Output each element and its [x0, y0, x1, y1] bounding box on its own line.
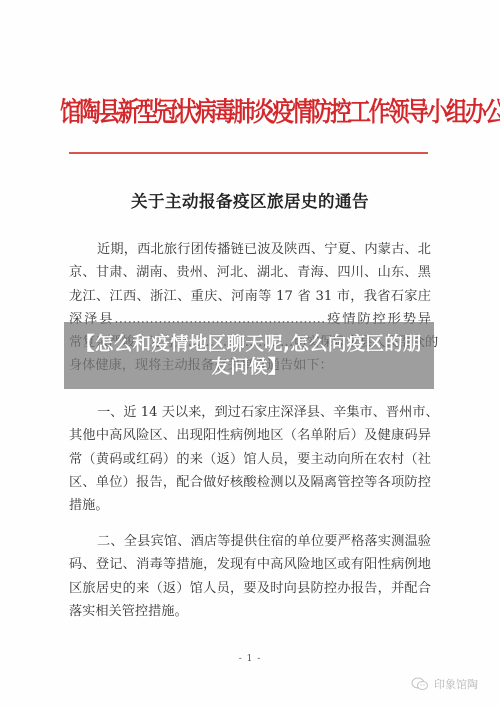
page-number: - 1 -: [230, 654, 270, 664]
red-header-rule: [69, 152, 428, 154]
issuing-office-header: 馆陶县新型冠状病毒肺炎疫情防控工作领导小组办公室: [60, 92, 440, 135]
text-line: 龙江、江西、浙江、重庆、河南等 17 省 31 市，我省石家庄: [69, 285, 431, 308]
notice-title: 关于主动报备疫区旅居史的通告: [40, 188, 460, 212]
document-page: 馆陶县新型冠状病毒肺炎疫情防控工作领导小组办公室 关于主动报备疫区旅居史的通告 …: [0, 0, 500, 707]
paragraph-item-one: 一、近 14 天以来，到过石家庄深泽县、辛集市、晋州市、 其他中高风险区、出现阳…: [69, 401, 431, 517]
wechat-icon: [411, 677, 429, 691]
text-line: 措施。: [69, 494, 431, 517]
text-line: 落实相关管控措施。: [69, 600, 431, 623]
watermark: 印象馆陶: [411, 676, 478, 692]
banner-title: 【怎么和疫情地区聊天呢,怎么向疫区的朋友问候】: [74, 333, 424, 379]
caption-banner: 【怎么和疫情地区聊天呢,怎么向疫区的朋友问候】: [64, 322, 434, 389]
text-line: 区、单位）报告，配合做好核酸检测以及隔离管控等各项防控: [69, 471, 431, 494]
text-line: 码、登记、消毒等措施，发现有中高风险地区或有阳性病例地: [69, 553, 431, 576]
paragraph-item-two: 二、全县宾馆、酒店等提供住宿的单位要严格落实测温验 码、登记、消毒等措施，发现有…: [69, 530, 431, 623]
text-line: 近期，西北旅行团传播链已波及陕西、宁夏、内蒙古、北: [69, 238, 431, 261]
text-line: 京、甘肃、湖南、贵州、河北、湖北、青海、四川、山东、黑: [69, 261, 431, 284]
text-line: 其他中高风险区、出现阳性病例地区（名单附后）及健康码异: [69, 424, 431, 447]
watermark-label: 印象馆陶: [434, 676, 478, 692]
text-line: 区旅居史的来（返）馆人员，要及时向县防控办报告，并配合: [69, 577, 431, 600]
text-line: 二、全县宾馆、酒店等提供住宿的单位要严格落实测温验: [69, 530, 431, 553]
text-line: 一、近 14 天以来，到过石家庄深泽县、辛集市、晋州市、: [69, 401, 431, 424]
text-line: 常（黄码或红码）的来（返）馆人员，要主动向所在农村（社: [69, 448, 431, 471]
